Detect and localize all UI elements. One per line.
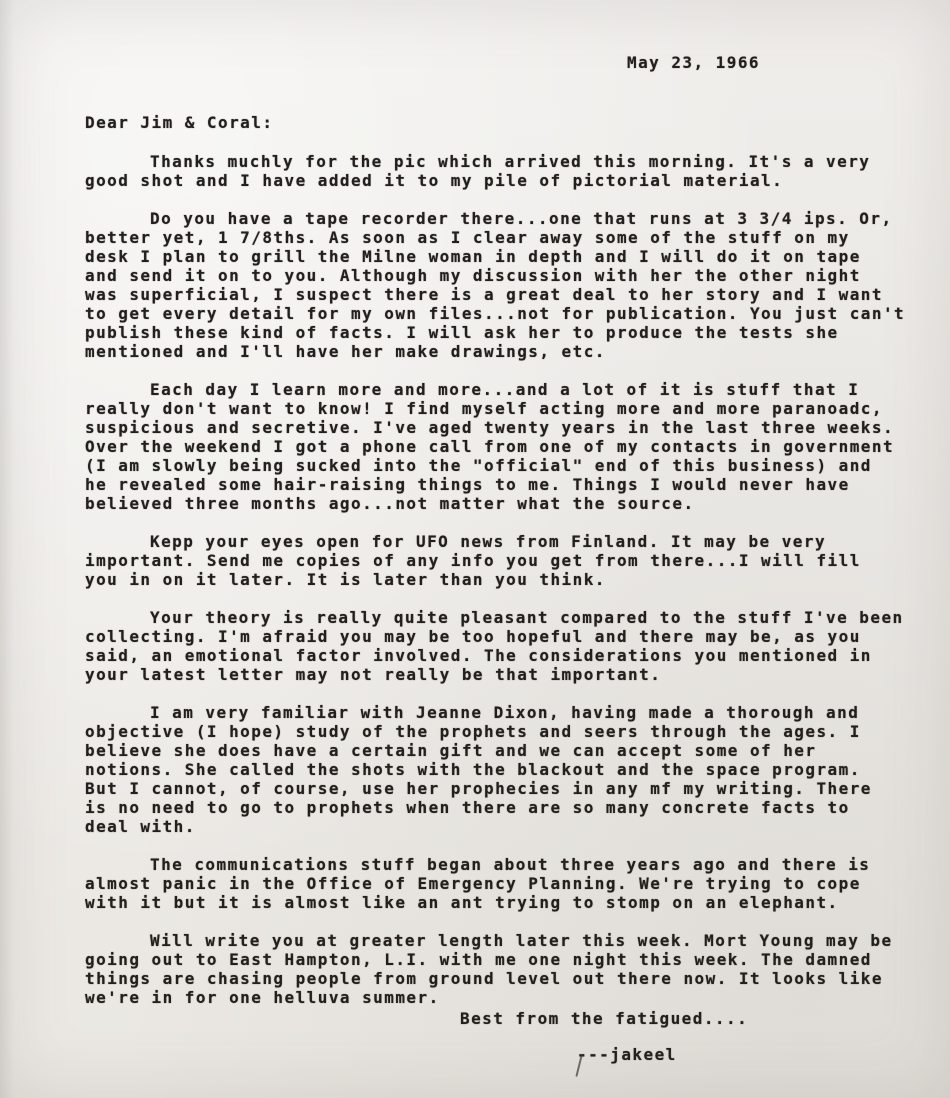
letter-paragraph: Your theory is really quite pleasant com…: [85, 608, 912, 684]
letter-signature: ---jakeel: [577, 1045, 912, 1064]
letter-paragraph: Each day I learn more and more...and a l…: [85, 380, 912, 513]
letter-paragraph: Will write you at greater length later t…: [85, 931, 912, 1007]
letter-paragraph: Do you have a tape recorder there...one …: [85, 209, 912, 361]
letter-paragraph: Thanks muchly for the pic which arrived …: [85, 152, 912, 190]
letter-body: May 23, 1966 Dear Jim & Coral: Thanks mu…: [85, 53, 912, 1064]
letter-salutation: Dear Jim & Coral:: [85, 113, 912, 132]
letter-paragraph: Kepp your eyes open for UFO news from Fi…: [85, 532, 912, 589]
letter-date: May 23, 1966: [627, 53, 912, 72]
letter-paragraph: The communications stuff began about thr…: [85, 855, 912, 912]
letter-paragraph: I am very familiar with Jeanne Dixon, ha…: [85, 703, 912, 836]
scan-edge-shading: [0, 0, 14, 1098]
letter-closing: Best from the fatigued....: [460, 1009, 912, 1028]
letter-page: May 23, 1966 Dear Jim & Coral: Thanks mu…: [0, 0, 950, 1098]
